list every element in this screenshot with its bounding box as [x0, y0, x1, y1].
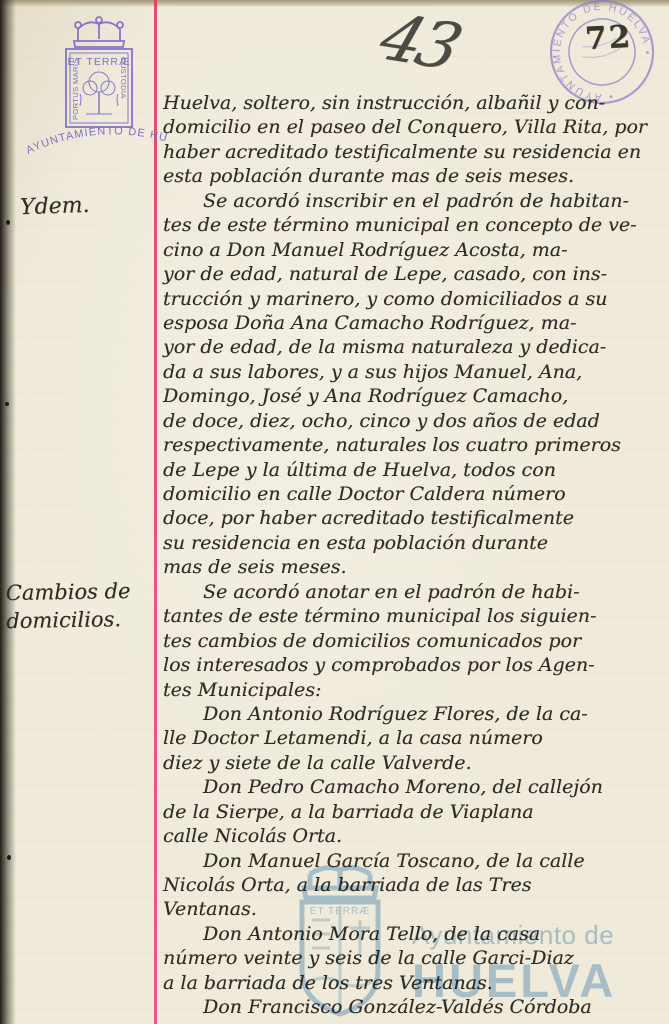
manuscript-line: yor de edad, natural de Lepe, casado, co… — [163, 262, 665, 286]
stamp-motto-left: PORTUS MARIS — [71, 58, 80, 120]
watermark-org-name: Ayuntamiento de — [412, 920, 616, 951]
digital-watermark: ET TERRÆ Ayuntamiento de HUELVA — [270, 858, 669, 1024]
manuscript-line: su residencia en esta población durante — [163, 531, 665, 555]
stamped-page-number: 72 — [584, 19, 633, 57]
book-binding-edge — [0, 0, 16, 1024]
manuscript-line: calle Nicolás Orta. — [163, 824, 665, 848]
manuscript-line: Huelva, soltero, sin instrucción, albañi… — [163, 91, 665, 115]
svg-text:AYUNTAMIENTO DE HUELVA: AYUNTAMIENTO DE HUELVA — [26, 8, 169, 157]
ink-speck — [5, 402, 9, 406]
manuscript-line: haber acreditado testificalmente su resi… — [163, 140, 665, 164]
manuscript-line: de Lepe y la última de Huelva, todos con — [163, 458, 665, 482]
municipal-coat-of-arms-stamp: ET TERRÆ PORTUS MARIS CUSTODIA AYUNTAMIE… — [26, 8, 172, 158]
margin-note-cambios-de-domicilios: Cambios de domicilios. — [6, 577, 132, 635]
manuscript-line: esposa Doña Ana Camacho Rodríguez, ma- — [163, 311, 665, 335]
manuscript-line: de la Sierpe, a la barriada de Viaplana — [163, 800, 665, 824]
manuscript-line: yor de edad, de la misma naturaleza y de… — [163, 335, 665, 359]
manuscript-line: cino a Don Manuel Rodríguez Acosta, ma- — [163, 238, 665, 262]
manuscript-line: tes Municipales: — [163, 678, 665, 702]
watermark-shield-motto: ET TERRÆ — [310, 906, 370, 917]
manuscript-line: diez y siete de la calle Valverde. — [163, 751, 665, 775]
stamp-arc-text: AYUNTAMIENTO DE HUELVA — [26, 8, 169, 157]
manuscript-line: Domingo, José y Ana Rodríguez Camacho, — [163, 384, 665, 408]
manuscript-line: Se acordó anotar en el padrón de habi- — [163, 580, 665, 604]
manuscript-line: tes cambios de domicilios comunicados po… — [163, 629, 665, 653]
manuscript-line: esta población durante mas de seis meses… — [163, 164, 665, 188]
manuscript-line: trucción y marinero, y como domiciliados… — [163, 287, 665, 311]
huelva-shield-icon: ET TERRÆ — [276, 862, 404, 1020]
ink-speck — [6, 220, 10, 225]
manuscript-line: tantes de este término municipal los sig… — [163, 604, 665, 628]
manuscript-line: mas de seis meses. — [163, 555, 665, 579]
manuscript-line: tes de este término municipal en concept… — [163, 213, 665, 237]
manuscript-line: domicilio en calle Doctor Caldera número — [163, 482, 665, 506]
manuscript-line: los interesados y comprobados por los Ag… — [163, 653, 665, 677]
ink-speck — [7, 855, 11, 860]
stamp-motto-right: CUSTODIA — [119, 57, 128, 99]
manuscript-line: respectivamente, naturales los cuatro pr… — [163, 433, 665, 457]
margin-note-line: Cambios de — [6, 577, 131, 607]
margin-note-line: domicilios. — [6, 605, 131, 635]
manuscript-line: de doce, diez, ocho, cinco y dos años de… — [163, 409, 665, 433]
manuscript-line: lle Doctor Letamendi, a la casa número — [163, 726, 665, 750]
manuscript-line: domicilio en el paseo del Conquero, Vill… — [163, 115, 665, 139]
manuscript-line: Se acordó inscribir en el padrón de habi… — [163, 189, 665, 213]
manuscript-line: doce, por haber acreditado testificalmen… — [163, 506, 665, 530]
margin-note-idem: Ydem. — [20, 193, 90, 220]
handwritten-folio-number: 43 — [370, 2, 467, 85]
manuscript-page-scan: ET TERRÆ PORTUS MARIS CUSTODIA AYUNTAMIE… — [0, 0, 669, 1024]
watermark-city-name: HUELVA — [412, 953, 616, 1008]
manuscript-line: Don Pedro Camacho Moreno, del callejón — [163, 775, 665, 799]
manuscript-line: Don Antonio Rodríguez Flores, de la ca- — [163, 702, 665, 726]
manuscript-line: da a sus labores, y a sus hijos Manuel, … — [163, 360, 665, 384]
crown-icon — [74, 17, 124, 47]
